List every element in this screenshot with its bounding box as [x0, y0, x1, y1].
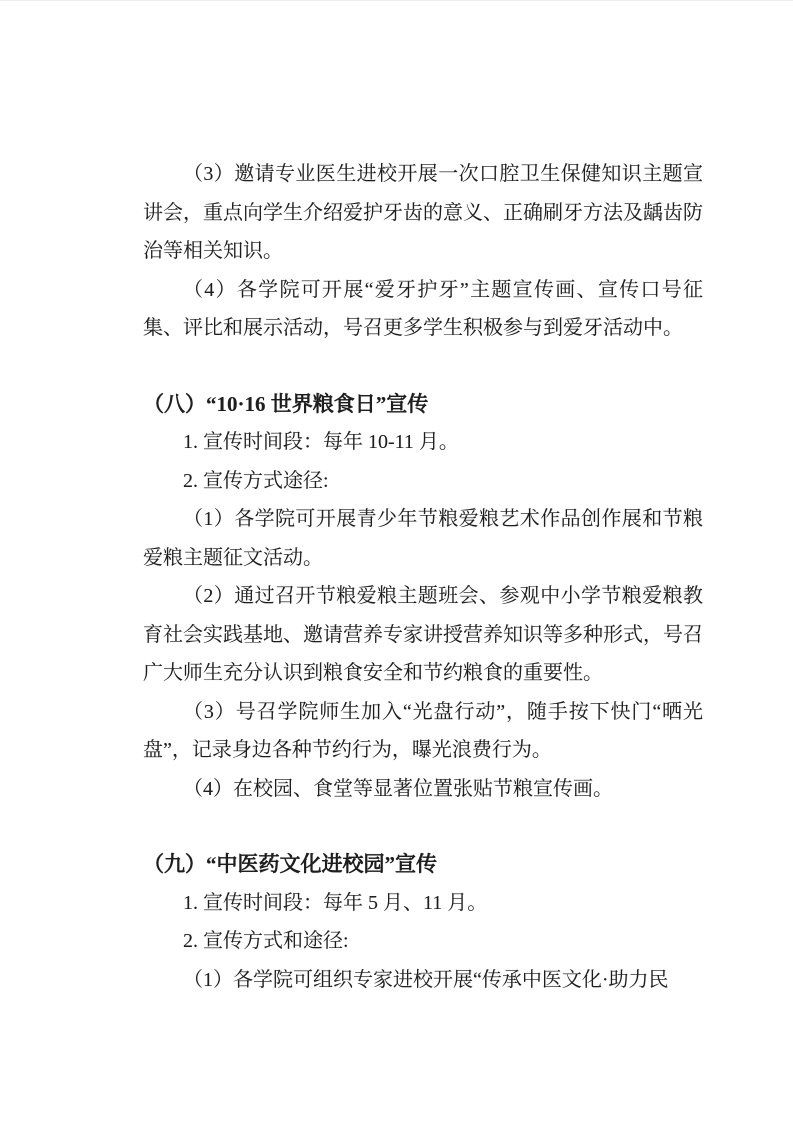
item-food-day-methods-label: 2. 宣传方式途径:: [143, 462, 703, 501]
paragraph-tooth-care-activities: （4）各学院可开展“爱牙护牙”主题宣传画、宣传口号征集、评比和展示活动，号召更多…: [143, 271, 703, 348]
paragraph-clear-plate-campaign: （3）号召学院师生加入“光盘行动”，随手按下快门“晒光盘”，记录身边各种节约行为…: [143, 693, 703, 770]
section-heading-tcm-culture: （九）“中医药文化进校园”宣传: [143, 845, 703, 884]
document-content: （3）邀请专业医生进校开展一次口腔卫生保健知识主题宣讲会，重点向学生介绍爱护牙齿…: [143, 155, 703, 999]
item-tcm-methods-label: 2. 宣传方式和途径:: [143, 922, 703, 961]
item-food-day-schedule: 1. 宣传时间段：每年 10-11 月。: [143, 423, 703, 462]
document-page: （3）邀请专业医生进校开展一次口腔卫生保健知识主题宣讲会，重点向学生介绍爱护牙齿…: [0, 0, 793, 1122]
section-heading-world-food-day: （八）“10·16 世界粮食日”宣传: [143, 385, 703, 424]
paragraph-tcm-experts: （1）各学院可组织专家进校开展“传承中医文化·助力民: [143, 961, 703, 1000]
paragraph-dental-lecture: （3）邀请专业医生进校开展一次口腔卫生保健知识主题宣讲会，重点向学生介绍爱护牙齿…: [143, 155, 703, 271]
paragraph-food-posters: （4）在校园、食堂等显著位置张贴节粮宣传画。: [143, 770, 703, 809]
paragraph-food-art-contest: （1）各学院可开展青少年节粮爱粮艺术作品创作展和节粮爱粮主题征文活动。: [143, 500, 703, 577]
item-tcm-schedule: 1. 宣传时间段：每年 5 月、11 月。: [143, 884, 703, 923]
paragraph-food-class-meetings: （2）通过召开节粮爱粮主题班会、参观中小学节粮爱粮教育社会实践基地、邀请营养专家…: [143, 577, 703, 693]
